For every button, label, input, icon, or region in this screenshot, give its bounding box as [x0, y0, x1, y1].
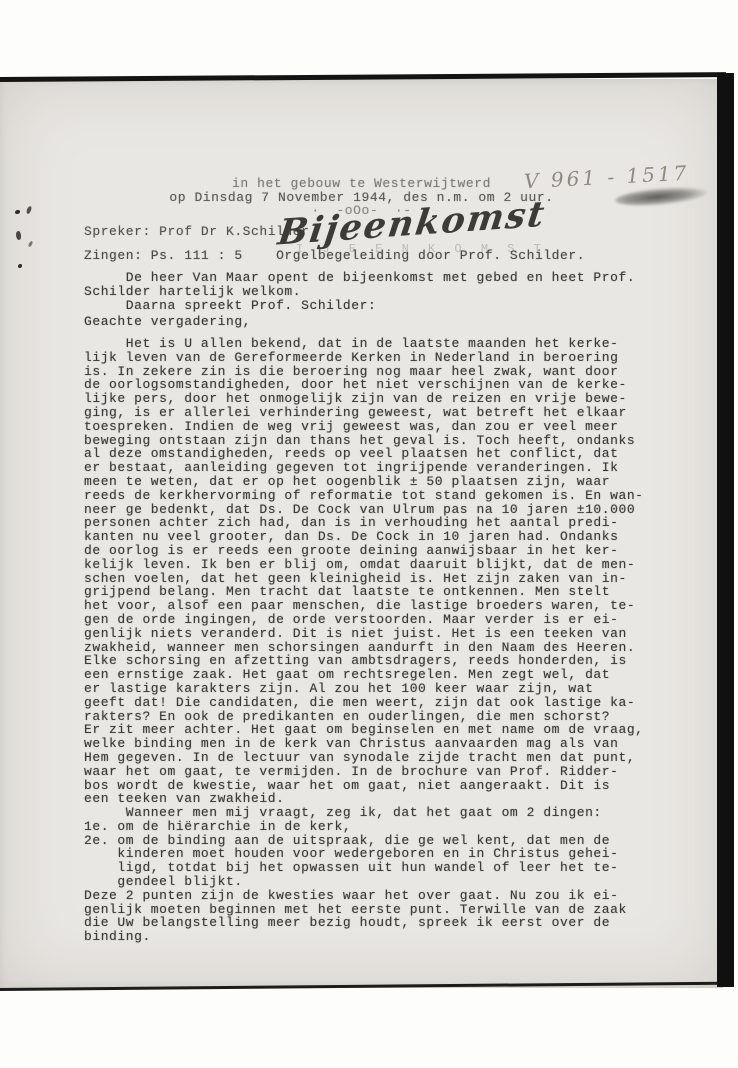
text-line: 2e. om de binding aan de uitspraak, die …	[84, 834, 644, 848]
text-line: Daarna spreekt Prof. Schilder:	[84, 299, 635, 313]
location-line: in het gebouw te Westerwijtwerd	[0, 177, 723, 191]
text-line: zwakheid, wanneer men schorsingen aandur…	[84, 641, 644, 655]
text-line: rakters? En ook de predikanten en ouderl…	[84, 710, 644, 724]
text-line: waar het om gaat, te vermijden. In de br…	[84, 765, 644, 779]
text-line: lijke pers, door het onmogelijk zijn van…	[84, 392, 644, 406]
speaker-line: Spreker: Prof Dr K.Schilder	[84, 225, 309, 239]
scanned-document: V 961 - 1517 Bijeenkomst I J E E N K O M…	[0, 0, 738, 1068]
text-line: Hem gegeven. In de lectuur van synodale …	[84, 751, 644, 765]
text-line: Deze 2 punten zijn de kwesties waar het …	[84, 889, 644, 903]
text-line: een ernstige zaak. Het gaat om rechtsreg…	[84, 668, 644, 682]
document-page: V 961 - 1517 Bijeenkomst I J E E N K O M…	[0, 79, 723, 988]
text-line: Elke schorsing en afzetting van ambtsdra…	[84, 654, 644, 668]
text-line: De heer Van Maar opent de bijeenkomst me…	[84, 271, 635, 285]
ink-speck	[18, 264, 22, 268]
text-line: grijpend belang. Men tracht dat laatste …	[84, 585, 644, 599]
text-line: kelijk leven. Ik ben er blij om, omdat d…	[84, 558, 644, 572]
salutation-line: Geachte vergadering,	[84, 315, 251, 329]
text-line: kinderen moet houden voor wedergeboren e…	[84, 847, 644, 861]
text-line: gen de orde ingingen, de orde verstoorde…	[84, 613, 644, 627]
singing-line: Zingen: Ps. 111 : 5 Orgelbegeleiding doo…	[84, 249, 585, 263]
speech-body: Het is U allen bekend, dat in de laatste…	[84, 337, 644, 944]
text-line: binding.	[84, 930, 644, 944]
ink-speck	[15, 231, 22, 241]
text-line: Het is U allen bekend, dat in de laatste…	[84, 337, 644, 351]
text-line: een teeken van zwakheid.	[84, 792, 644, 806]
scan-border-right	[717, 73, 734, 987]
text-line: neer ge bedenkt, dat Ds. De Cock van Ulr…	[84, 503, 644, 517]
text-line: al deze omstandigheden, reeds op veel pl…	[84, 447, 644, 461]
opening-paragraph: De heer Van Maar opent de bijeenkomst me…	[84, 271, 635, 312]
text-line: reeds de kerkhervorming of reformatie to…	[84, 489, 644, 503]
text-line: kanten nu veel grooter, dan Ds. De Cock …	[84, 530, 644, 544]
text-line: welke binding men in de kerk van Christu…	[84, 737, 644, 751]
text-line: er lastige karakters zijn. Al zou het 10…	[84, 682, 644, 696]
text-line: er bestaat, aanleiding gegeven tot ingri…	[84, 461, 644, 475]
text-line: beweging ontstaan zijn dan thans het gev…	[84, 434, 644, 448]
text-line: lijk leven van de Gereformeerde Kerken i…	[84, 351, 644, 365]
ornament-divider: · -oOo- ·-	[0, 204, 723, 218]
text-line: Er zit meer achter. Het gaat om beginsel…	[84, 723, 644, 737]
text-line: genlijk moeten beginnen met het eerste p…	[84, 903, 644, 917]
text-line: gendeel blijkt.	[84, 875, 644, 889]
text-line: schen voelen, dat het geen kleinigheid i…	[84, 572, 644, 586]
text-line: de oorlogsomstandigheden, door het niet …	[84, 378, 644, 392]
text-line: meen te weten, dat er op het oogenblik ±…	[84, 475, 644, 489]
ink-speck	[28, 241, 33, 248]
text-line: ging, is er allerlei verhindering gewees…	[84, 406, 644, 420]
scanner-background	[0, 990, 738, 1068]
text-line: genlijk niets veranderd. Dit is niet jui…	[84, 627, 644, 641]
text-line: Wanneer men mij vraagt, zeg ik, dat het …	[84, 806, 644, 820]
text-line: toespreken. Indien de weg vrij geweest w…	[84, 420, 644, 434]
text-line: Schilder hartelijk welkom.	[84, 285, 635, 299]
text-line: is. In zekere zin is die beroering nog m…	[84, 365, 644, 379]
text-line: bos wordt de kwestie, waar het om gaat, …	[84, 779, 644, 793]
text-line: het voor, alsof een paar menschen, die l…	[84, 599, 644, 613]
text-line: personen achter zich had, dan is in verh…	[84, 516, 644, 530]
text-line: geeft dat! Die candidaten, die men weert…	[84, 696, 644, 710]
text-line: die Uw belangstelling meer bezig houdt, …	[84, 916, 644, 930]
text-line: de oorlog is er reeds een groote deining…	[84, 544, 644, 558]
text-line: ligd, totdat bij het opwassen uit hun wa…	[84, 861, 644, 875]
text-line: 1e. om de hiërarchie in de kerk,	[84, 820, 644, 834]
